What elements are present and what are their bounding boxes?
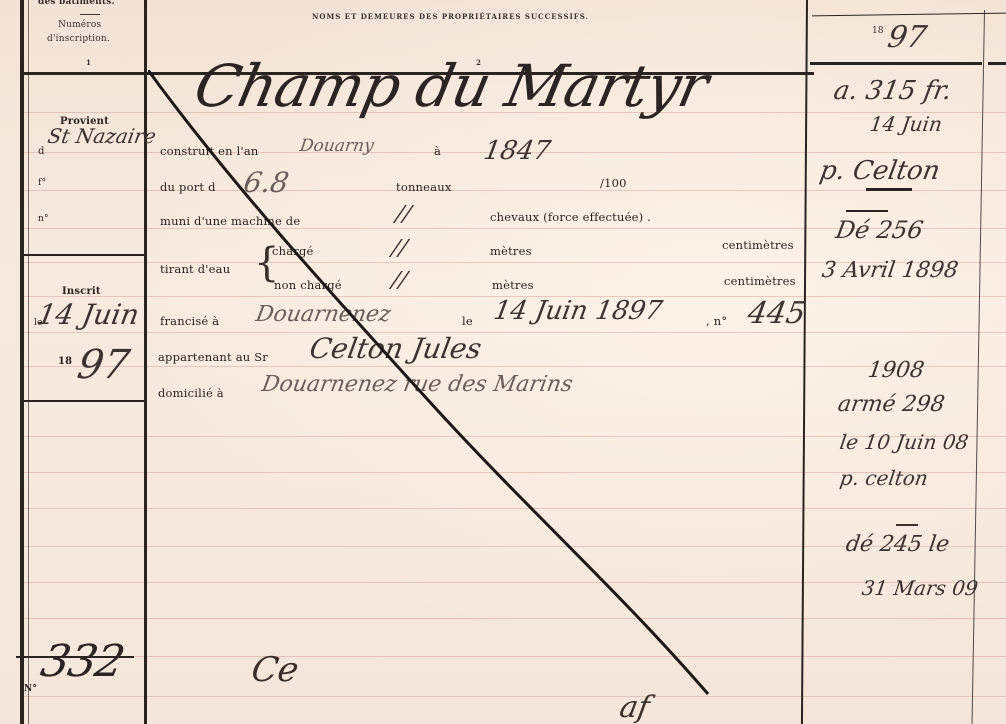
domicile-label: domicilié à: [158, 386, 224, 400]
construit-place: Douarny: [299, 136, 375, 156]
a-label: à: [434, 144, 441, 158]
header-col1-title-2: d'inscription.: [47, 34, 110, 44]
ledger-page: des bâtiments. Numéros d'inscription. 1 …: [0, 0, 1006, 724]
ruled-line: [20, 656, 1006, 657]
left-section-rule: [24, 254, 144, 256]
header-rule-far-right: [988, 62, 1006, 65]
francise-label: francisé à: [160, 314, 219, 328]
left-border-thin: [28, 0, 29, 724]
d-label: d: [38, 146, 45, 157]
register-number-value: 332: [37, 636, 129, 687]
construit-year: 1847: [481, 136, 552, 166]
number-label: n°: [38, 214, 49, 224]
header-rule-right: [810, 62, 982, 65]
note-arm-owner: p. celton: [838, 466, 929, 490]
francise-place: Douarnenez: [254, 302, 393, 327]
top-rule-right: [812, 13, 1006, 17]
overline: [896, 524, 918, 526]
mark-af: af: [617, 690, 652, 724]
tirant-label: tirant d'eau: [160, 262, 230, 276]
ruled-line: [20, 332, 1006, 333]
non-charge-label: non chargé: [274, 278, 342, 292]
francise-le-label: le: [462, 314, 473, 328]
note-dereg-date: 3 Avril 1898: [820, 258, 960, 283]
machine-value: //: [394, 202, 413, 227]
header-year-suffix: 97: [885, 20, 929, 55]
chevaux-label: chevaux (force effectuée) .: [490, 210, 651, 224]
appartenant-label: appartenant au Sr: [158, 350, 268, 364]
header-col2-title: NOMS ET DEMEURES DES PROPRIÉTAIRES SUCCE…: [312, 12, 589, 21]
mark-ce: Ce: [248, 650, 301, 690]
vessel-name: Champ du Martyr: [189, 52, 714, 120]
port-label: du port d: [160, 180, 216, 194]
non-charge-value: //: [390, 268, 409, 293]
overline: [846, 210, 888, 212]
owner-name: Celton Jules: [307, 332, 484, 365]
inscrit-date: 14 Juin: [35, 298, 142, 331]
provenance-value: St Nazaire: [46, 124, 158, 148]
left-border: [20, 0, 24, 724]
left-section-rule: [24, 400, 144, 402]
port-value: 6.8: [241, 166, 291, 199]
charge-label: chargé: [272, 244, 314, 258]
column-divider-1: [144, 0, 147, 724]
header-divider: [80, 14, 100, 15]
domicile-value: Douarnenez rue des Marins: [260, 372, 575, 397]
charge-value: //: [390, 236, 409, 261]
underline: [866, 188, 912, 191]
centimetres-label-2: centimètres: [724, 274, 796, 288]
francise-number: 445: [745, 296, 808, 331]
inscrit-label: Inscrit: [62, 286, 101, 297]
note-acquisition: a. 315 fr.: [831, 76, 954, 106]
note-dereg-2: dé 245 le: [844, 532, 951, 557]
folio-label: f°: [38, 178, 46, 188]
tonneaux-label: tonneaux: [396, 180, 452, 194]
hundredths-label: /100: [600, 176, 627, 190]
inscrit-year-suffix: 97: [74, 342, 133, 388]
note-armement: armé 298: [836, 392, 946, 417]
ruled-line: [20, 508, 1006, 509]
note-deregistration: Dé 256: [834, 216, 926, 244]
francise-date: 14 Juin 1897: [491, 296, 664, 326]
construit-label: construit en l'an: [160, 144, 259, 158]
ruled-line: [20, 582, 1006, 583]
note-arm-date: le 10 Juin 08: [838, 430, 970, 454]
metres-label-2: mètres: [492, 278, 534, 292]
header-col1-number: 1: [86, 58, 91, 67]
inscrit-year-prefix: 18: [58, 356, 72, 367]
note-date: 14 Juin: [868, 112, 943, 136]
note-year-1908: 1908: [866, 358, 926, 383]
header-col1-title: Numéros: [58, 20, 101, 30]
header-year-prefix: 18: [872, 26, 884, 36]
note-dereg-2-date: 31 Mars 09: [860, 576, 979, 600]
metres-label-1: mètres: [490, 244, 532, 258]
francise-no-label: , n°: [706, 314, 727, 328]
note-owner: p. Celton: [817, 156, 942, 186]
register-number-label: N°: [24, 684, 37, 694]
centimetres-label-1: centimètres: [722, 238, 794, 252]
machine-label: muni d'une machine de: [160, 214, 300, 228]
ruled-line: [20, 618, 1006, 619]
column-divider-2: [801, 0, 808, 724]
header-col1-top: des bâtiments.: [38, 0, 115, 7]
ruled-line: [20, 366, 1006, 367]
ruled-line: [20, 696, 1006, 697]
